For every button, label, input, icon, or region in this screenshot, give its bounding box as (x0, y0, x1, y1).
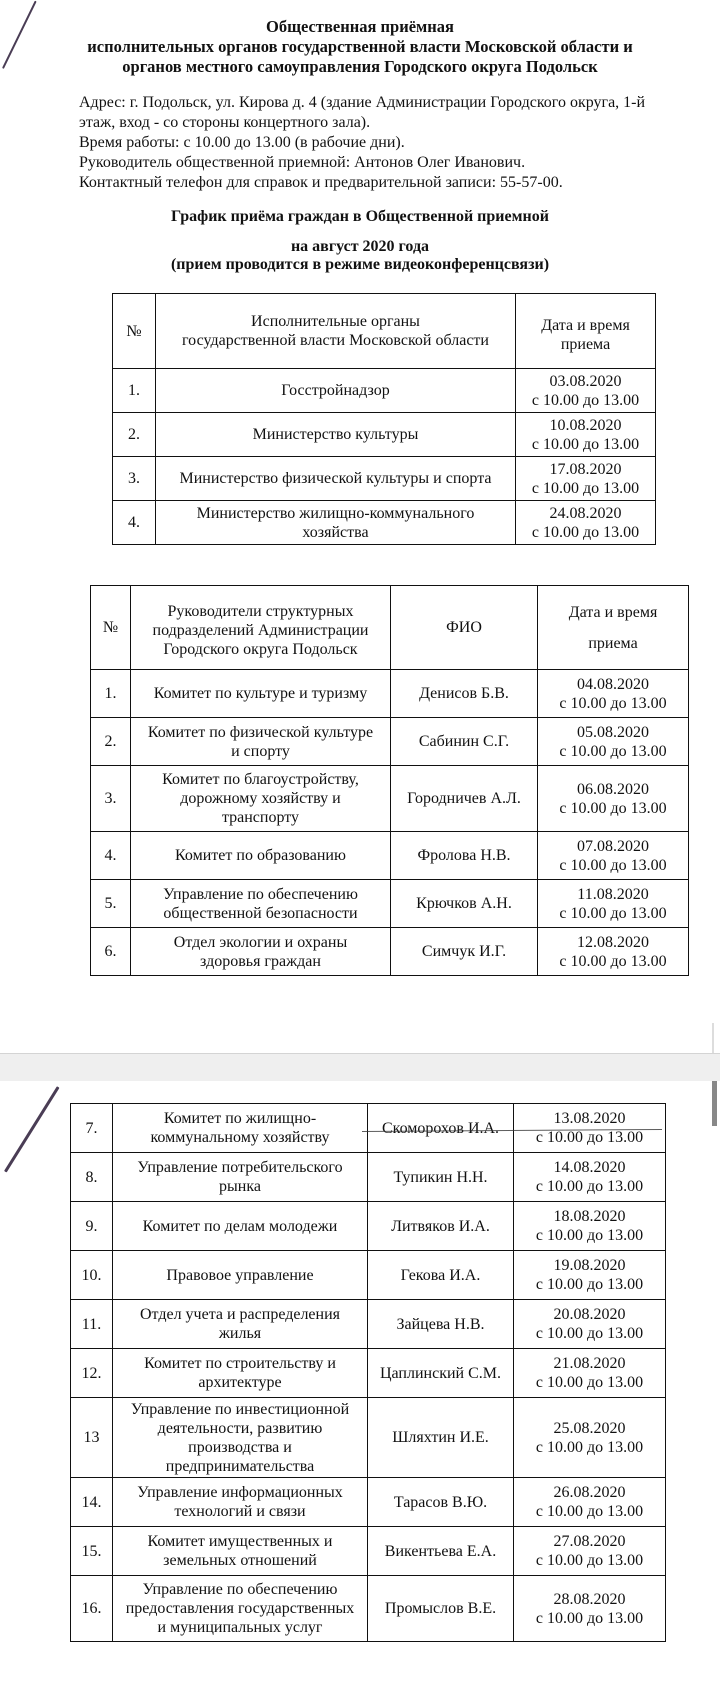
row-number: 7. (71, 1104, 113, 1153)
regional-authorities-table: № Исполнительные органы государственной … (112, 293, 656, 545)
reception-date: 10.08.2020с 10.00 до 13.00 (516, 413, 656, 457)
reception-date: 19.08.2020с 10.00 до 13.00 (514, 1251, 666, 1300)
reception-date: 06.08.2020с 10.00 до 13.00 (538, 766, 689, 832)
full-name: Фролова Н.В. (391, 832, 538, 880)
department: Правовое управление (113, 1251, 368, 1300)
table-row: 9.Комитет по делам молодежиЛитвяков И.А.… (71, 1202, 666, 1251)
schedule-period: на август 2020 года (0, 238, 720, 256)
table-row: 4. Министерство жилищно-коммунальногохоз… (113, 501, 656, 545)
table-row: 8.Управление потребительскогорынкаТупики… (71, 1153, 666, 1202)
schedule-note: (прием проводится в режиме видеоконферен… (0, 256, 720, 274)
department: Отдел учета и распределенияжилья (113, 1300, 368, 1349)
department: Отдел экологии и охраныздоровья граждан (131, 928, 391, 976)
row-number: 9. (71, 1202, 113, 1251)
organization: Министерство жилищно-коммунальногохозяйс… (156, 501, 516, 545)
organization: Министерство культуры (156, 413, 516, 457)
table-row: 4.Комитет по образованиюФролова Н.В.07.0… (91, 832, 689, 880)
address-line-2: этаж, вход - со стороны концертного зала… (79, 113, 699, 133)
full-name: Викентьева Е.А. (368, 1527, 514, 1576)
header-num: № (113, 294, 156, 369)
reception-date: 17.08.2020с 10.00 до 13.00 (516, 457, 656, 501)
department: Управление информационныхтехнологий и св… (113, 1478, 368, 1527)
organization: Госстройнадзор (156, 369, 516, 413)
contact-phone: Контактный телефон для справок и предвар… (79, 173, 699, 193)
row-number: 11. (71, 1300, 113, 1349)
header-date: Дата и время приема (538, 586, 689, 670)
full-name: Литвяков И.А. (368, 1202, 514, 1251)
full-name: Скоморохов И.А. (368, 1104, 514, 1153)
pen-mark (4, 1086, 60, 1172)
reception-date: 28.08.2020с 10.00 до 13.00 (514, 1576, 666, 1642)
department: Комитет по делам молодежи (113, 1202, 368, 1251)
full-name: Денисов Б.В. (391, 670, 538, 718)
department: Управление по обеспечениюобщественной бе… (131, 880, 391, 928)
department: Комитет имущественных иземельных отношен… (113, 1527, 368, 1576)
table-row: 16.Управление по обеспечениюпредоставлен… (71, 1576, 666, 1642)
reception-date: 05.08.2020с 10.00 до 13.00 (538, 718, 689, 766)
reception-date: 18.08.2020с 10.00 до 13.00 (514, 1202, 666, 1251)
reception-date: 04.08.2020с 10.00 до 13.00 (538, 670, 689, 718)
local-departments-table-part-1: № Руководители структурных подразделений… (90, 585, 689, 976)
row-number: 2. (91, 718, 131, 766)
department: Комитет по строительству иархитектуре (113, 1349, 368, 1398)
department: Управление потребительскогорынка (113, 1153, 368, 1202)
reception-date: 11.08.2020с 10.00 до 13.00 (538, 880, 689, 928)
department: Комитет по жилищно-коммунальному хозяйст… (113, 1104, 368, 1153)
department: Комитет по образованию (131, 832, 391, 880)
reception-date: 25.08.2020с 10.00 до 13.00 (514, 1398, 666, 1478)
header-date: Дата и время приема (516, 294, 656, 369)
reception-date: 12.08.2020с 10.00 до 13.00 (538, 928, 689, 976)
row-number: 12. (71, 1349, 113, 1398)
reception-head: Руководитель общественной приемной: Анто… (79, 153, 699, 173)
row-number: 13 (71, 1398, 113, 1478)
schedule-title: График приёма граждан в Общественной при… (0, 208, 720, 226)
reception-date: 27.08.2020с 10.00 до 13.00 (514, 1527, 666, 1576)
row-number: 1. (91, 670, 131, 718)
table-row: 7.Комитет по жилищно-коммунальному хозяй… (71, 1104, 666, 1153)
department: Управление по обеспечениюпредоставления … (113, 1576, 368, 1642)
department: Комитет по физической культуреи спорту (131, 718, 391, 766)
row-number: 3. (91, 766, 131, 832)
table-header-row: № Руководители структурных подразделений… (91, 586, 689, 670)
full-name: Зайцева Н.В. (368, 1300, 514, 1349)
row-number: 10. (71, 1251, 113, 1300)
header-full-name: ФИО (391, 586, 538, 670)
table-row: 12.Комитет по строительству иархитектуре… (71, 1349, 666, 1398)
table-row: 1. Госстройнадзор 03.08.2020с 10.00 до 1… (113, 369, 656, 413)
reception-date: 20.08.2020с 10.00 до 13.00 (514, 1300, 666, 1349)
row-number: 8. (71, 1153, 113, 1202)
scan-edge (712, 1023, 714, 1053)
reception-date: 03.08.2020с 10.00 до 13.00 (516, 369, 656, 413)
contact-info: Адрес: г. Подольск, ул. Кирова д. 4 (зда… (79, 93, 699, 193)
table-row: 15.Комитет имущественных иземельных отно… (71, 1527, 666, 1576)
row-number: 4. (91, 832, 131, 880)
full-name: Городничев А.Л. (391, 766, 538, 832)
full-name: Промыслов В.Е. (368, 1576, 514, 1642)
full-name: Гекова И.А. (368, 1251, 514, 1300)
full-name: Сабинин С.Г. (391, 718, 538, 766)
table-row: 13Управление по инвестиционнойдеятельнос… (71, 1398, 666, 1478)
full-name: Шляхтин И.Е. (368, 1398, 514, 1478)
reception-date: 24.08.2020с 10.00 до 13.00 (516, 501, 656, 545)
header-num: № (91, 586, 131, 670)
table-row: 11.Отдел учета и распределенияжильяЗайце… (71, 1300, 666, 1349)
full-name: Тарасов В.Ю. (368, 1478, 514, 1527)
header-organization: Исполнительные органы государственной вл… (156, 294, 516, 369)
document-page-1: Общественная приёмная исполнительных орг… (0, 0, 720, 1053)
header-department: Руководители структурных подразделений А… (131, 586, 391, 670)
reception-date: 26.08.2020с 10.00 до 13.00 (514, 1478, 666, 1527)
table-row: 10.Правовое управлениеГекова И.А.19.08.2… (71, 1251, 666, 1300)
table-row: 6.Отдел экологии и охраныздоровья гражда… (91, 928, 689, 976)
row-number: 16. (71, 1576, 113, 1642)
row-number: 5. (91, 880, 131, 928)
table-row: 3.Комитет по благоустройству,дорожному х… (91, 766, 689, 832)
table-row: 1.Комитет по культуре и туризмуДенисов Б… (91, 670, 689, 718)
reception-date: 07.08.2020с 10.00 до 13.00 (538, 832, 689, 880)
page-break (0, 1053, 720, 1082)
table-row: 14.Управление информационныхтехнологий и… (71, 1478, 666, 1527)
department: Комитет по благоустройству,дорожному хоз… (131, 766, 391, 832)
full-name: Цаплинский С.М. (368, 1349, 514, 1398)
row-number: 14. (71, 1478, 113, 1527)
reception-date: 21.08.2020с 10.00 до 13.00 (514, 1349, 666, 1398)
header-title-line-3: органов местного самоуправления Городско… (0, 57, 720, 77)
table-row: 3. Министерство физической культуры и сп… (113, 457, 656, 501)
table-row: 2.Комитет по физической культуреи спорту… (91, 718, 689, 766)
table-header-row: № Исполнительные органы государственной … (113, 294, 656, 369)
table-row: 5.Управление по обеспечениюобщественной … (91, 880, 689, 928)
table-row: 2. Министерство культуры 10.08.2020с 10.… (113, 413, 656, 457)
reception-date: 13.08.2020с 10.00 до 13.00 (514, 1104, 666, 1153)
local-departments-table-part-2: 7.Комитет по жилищно-коммунальному хозяй… (70, 1103, 666, 1642)
address-line-1: Адрес: г. Подольск, ул. Кирова д. 4 (зда… (79, 93, 699, 113)
full-name: Тупикин Н.Н. (368, 1153, 514, 1202)
department: Управление по инвестиционнойдеятельности… (113, 1398, 368, 1478)
row-number: 6. (91, 928, 131, 976)
row-number: 15. (71, 1527, 113, 1576)
header-title-line-1: Общественная приёмная (0, 17, 720, 37)
department: Комитет по культуре и туризму (131, 670, 391, 718)
scan-edge (712, 1081, 717, 1126)
full-name: Крючков А.Н. (391, 880, 538, 928)
full-name: Симчук И.Г. (391, 928, 538, 976)
working-hours: Время работы: с 10.00 до 13.00 (в рабочи… (79, 133, 699, 153)
reception-date: 14.08.2020с 10.00 до 13.00 (514, 1153, 666, 1202)
header-title-line-2: исполнительных органов государственной в… (0, 37, 720, 57)
organization: Министерство физической культуры и спорт… (156, 457, 516, 501)
